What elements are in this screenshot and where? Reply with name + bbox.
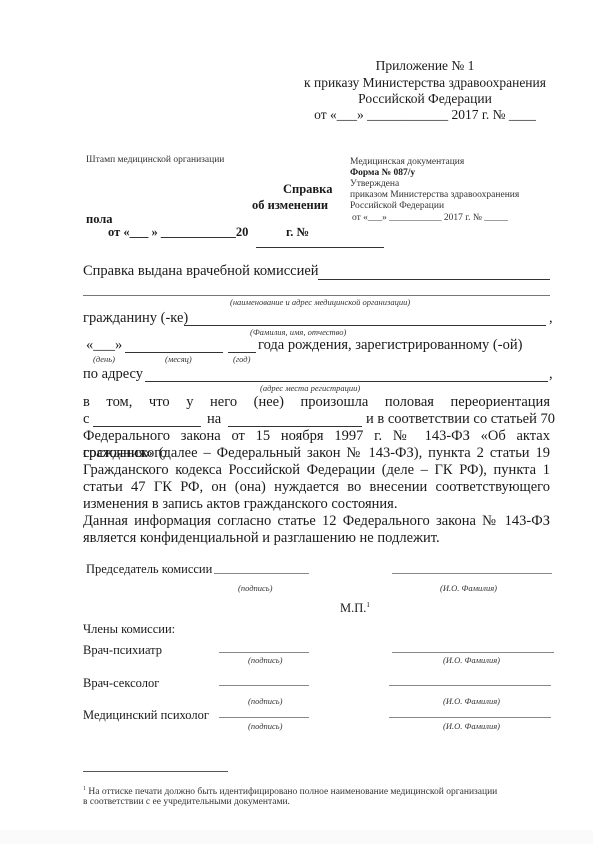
address-field[interactable] — [145, 381, 548, 382]
birth-year-field[interactable] — [228, 352, 256, 353]
stamp-label: Штамп медицинской организации — [86, 154, 224, 166]
certificate-title: Справка — [283, 182, 332, 197]
certificate-number-label: г. № — [286, 225, 309, 240]
psychiatrist-signature-field[interactable] — [219, 652, 309, 653]
appendix-title: Приложение № 1 — [290, 58, 560, 74]
paragraph-line-2-rest: и в соответствии со статьей 70 — [366, 411, 555, 428]
organization-caption: (наименование и адрес медицинской органи… — [230, 297, 410, 307]
certificate-number-field[interactable] — [256, 247, 384, 248]
chairman-signature-caption: (подпись) — [238, 583, 273, 593]
birth-text: года рождения, зарегистрированному (-ой) — [258, 337, 522, 354]
chairman-label: Председатель комиссии — [86, 562, 212, 577]
sexologist-name-field[interactable] — [389, 685, 551, 686]
citizen-name-field[interactable] — [184, 325, 546, 326]
fio-caption: (Фамилия, имя, отчество) — [250, 327, 346, 337]
paragraph-line-9: является конфиденциальной и разглашению … — [83, 530, 440, 547]
issued-by-label: Справка выдана врачебной комиссией — [83, 263, 319, 280]
sexologist-signature-caption: (подпись) — [248, 696, 283, 706]
member-role-psychiatrist: Врач-психиатр — [83, 643, 162, 658]
members-label: Члены комиссии: — [83, 622, 175, 637]
to-gender-field[interactable] — [228, 426, 362, 427]
address-caption: (адрес места регистрации) — [260, 383, 360, 393]
certificate-date: от «___ » ____________20 — [108, 225, 248, 240]
psychiatrist-name-field[interactable] — [392, 652, 554, 653]
seal-label: М.П.1 — [340, 601, 370, 616]
appendix-order: к приказу Министерства здравоохранения — [270, 75, 580, 91]
commission-field[interactable] — [318, 279, 550, 280]
psychologist-name-field[interactable] — [389, 717, 551, 718]
year-caption: (год) — [233, 354, 250, 364]
page-bottom-margin — [0, 830, 593, 844]
organization-field[interactable] — [83, 295, 550, 296]
to-label: на — [207, 411, 221, 428]
footnote-mark: 1 — [83, 786, 86, 792]
citizen-label: гражданину (-ке) — [83, 310, 188, 327]
chairman-signature-field[interactable] — [214, 573, 309, 574]
seal-text: М.П. — [340, 601, 366, 615]
paragraph-line-6: статьи 47 ГК РФ, он (она) нуждается во в… — [83, 479, 550, 496]
psychologist-signature-field[interactable] — [219, 717, 309, 718]
certificate-subtitle: об изменении — [252, 198, 328, 213]
footnote-line-2: в соответствии с ее учредительными докум… — [83, 796, 290, 808]
day-caption: (день) — [93, 354, 115, 364]
paragraph-line-5: Гражданского кодекса Российской Федераци… — [83, 462, 550, 479]
paragraph-line-1: в том, что у него (нее) произошла полова… — [83, 394, 550, 411]
psychiatrist-signature-caption: (подпись) — [248, 655, 283, 665]
member-role-psychologist: Медицинский психолог — [83, 708, 209, 723]
footnote-separator — [83, 771, 228, 772]
paragraph-line-7: изменения в запись актов гражданского со… — [83, 496, 397, 513]
member-role-sexologist: Врач-сексолог — [83, 676, 159, 691]
from-label: с — [83, 411, 89, 428]
address-comma: , — [549, 366, 553, 383]
sexologist-signature-field[interactable] — [219, 685, 309, 686]
from-gender-field[interactable] — [93, 426, 201, 427]
appendix-date: от «___» ____________ 2017 г. № ____ — [280, 107, 570, 123]
form-federation: Российской Федерации — [350, 200, 444, 212]
sexologist-name-caption: (И.О. Фамилия) — [443, 696, 500, 706]
citizen-comma: , — [549, 310, 553, 327]
psychologist-name-caption: (И.О. Фамилия) — [443, 721, 500, 731]
birth-day: «___» — [86, 337, 122, 354]
chairman-name-field[interactable] — [392, 573, 552, 574]
chairman-name-caption: (И.О. Фамилия) — [440, 583, 497, 593]
psychologist-signature-caption: (подпись) — [248, 721, 283, 731]
birth-month-field[interactable] — [125, 352, 223, 353]
appendix-federation: Российской Федерации — [290, 91, 560, 107]
paragraph-line-4: состояния» (далее – Федеральный закон № … — [83, 445, 550, 462]
form-date: от «___» ___________ 2017 г. № _____ — [352, 212, 508, 224]
paragraph-line-8: Данная информация согласно статье 12 Фед… — [83, 513, 550, 530]
month-caption: (месяц) — [165, 354, 192, 364]
address-label: по адресу — [83, 366, 143, 383]
psychiatrist-name-caption: (И.О. Фамилия) — [443, 655, 500, 665]
seal-footnote-ref: 1 — [366, 601, 370, 609]
